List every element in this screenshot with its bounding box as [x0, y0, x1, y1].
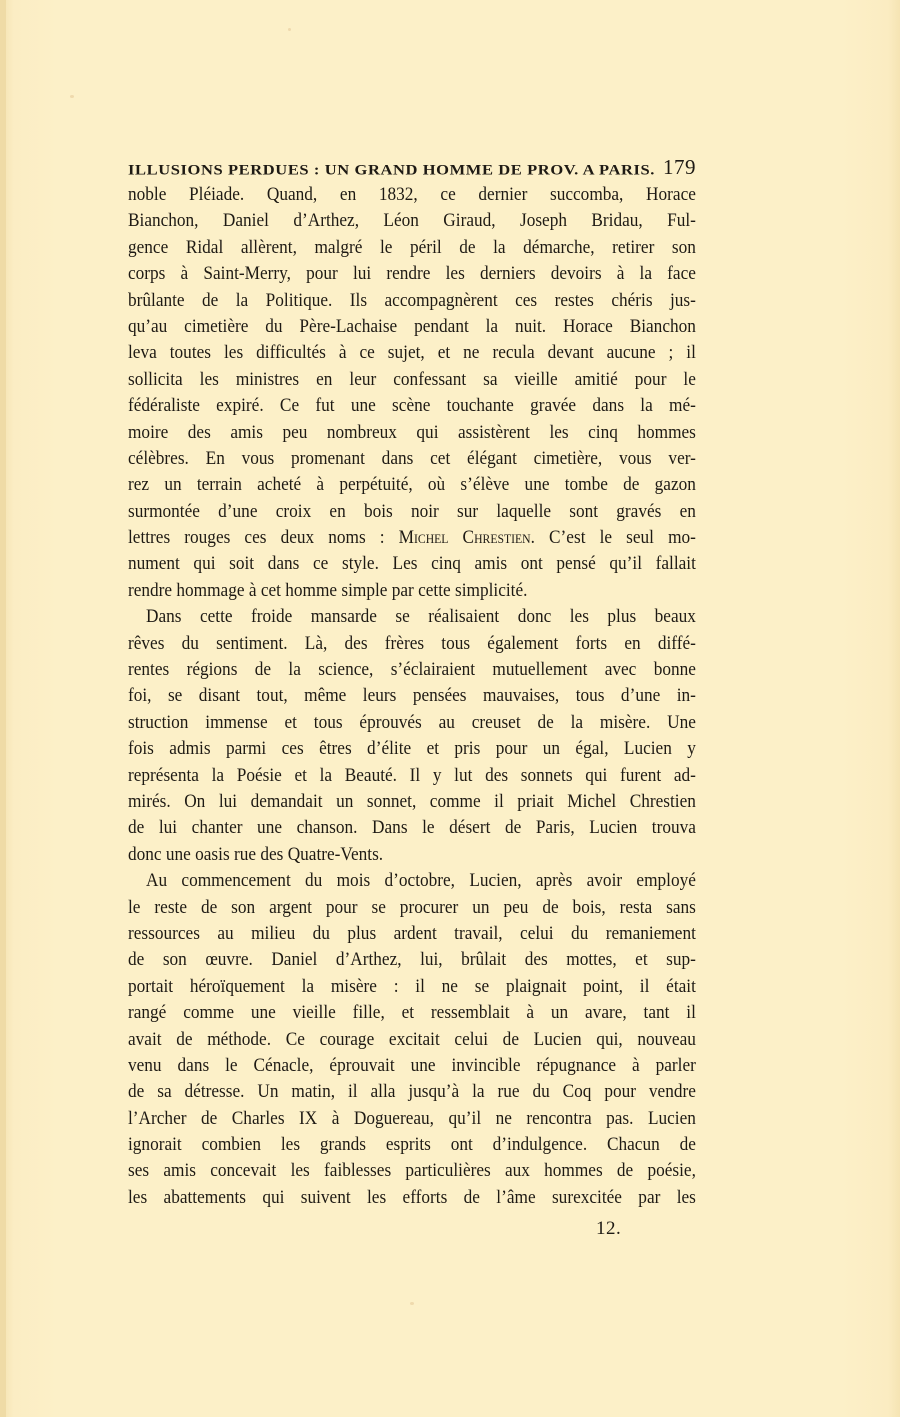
text-line: ignorait combien les grands esprits ont …: [128, 1132, 696, 1158]
small-caps-name: Michel Chrestien.: [399, 527, 535, 548]
text-line: struction immense et tous éprouvés au cr…: [128, 710, 696, 736]
text-line: Bianchon, Daniel d’Arthez, Léon Giraud, …: [128, 208, 696, 234]
text-line: de lui chanter une chanson. Dans le dése…: [128, 815, 696, 841]
text-line: le reste de son argent pour se procurer …: [128, 895, 696, 921]
body-text: noble Pléiade. Quand, en 1832, ce dernie…: [128, 182, 696, 1211]
text-line: de sa détresse. Un matin, il alla jusqu’…: [128, 1079, 696, 1105]
text-line: lettres rouges ces deux noms : Michel Ch…: [128, 525, 696, 551]
text-line: moire des amis peu nombreux qui assistèr…: [128, 420, 696, 446]
page-number: 179: [663, 155, 696, 180]
text-line: avait de méthode. Ce courage excitait ce…: [128, 1027, 696, 1053]
text-line: foi, se disant tout, même leurs pensées …: [128, 683, 696, 709]
paper-speck: [70, 95, 74, 98]
text-line: nument qui soit dans ce style. Les cinq …: [128, 551, 696, 577]
text-line: venu dans le Cénacle, éprouvait une invi…: [128, 1053, 696, 1079]
text-line: fédéraliste expiré. Ce fut une scène tou…: [128, 393, 696, 419]
text-line: rentes régions de la science, s’éclairai…: [128, 657, 696, 683]
text-line: représenta la Poésie et la Beauté. Il y …: [128, 763, 696, 789]
text-line: les abattements qui suivent les efforts …: [128, 1185, 696, 1211]
text-line: Au commencement du mois d’octobre, Lucie…: [128, 868, 696, 894]
text-line: rendre hommage à cet homme simple par ce…: [128, 578, 696, 604]
text-line: sollicita les ministres en leur confessa…: [128, 367, 696, 393]
text-line: de son œuvre. Daniel d’Arthez, lui, brûl…: [128, 947, 696, 973]
text-line: gence Ridal allèrent, malgré le péril de…: [128, 235, 696, 261]
text-line: leva toutes les difficultés à ce sujet, …: [128, 340, 696, 366]
text-line: rez un terrain acheté à perpétuité, où s…: [128, 472, 696, 498]
text-line: rangé comme une vieille fille, et ressem…: [128, 1000, 696, 1026]
text-line: qu’au cimetière du Père-Lachaise pendant…: [128, 314, 696, 340]
running-head: ILLUSIONS PERDUES : UN GRAND HOMME DE PR…: [128, 155, 696, 181]
text-line: ressources au milieu du plus ardent trav…: [128, 921, 696, 947]
text-line: fois admis parmi ces êtres d’élite et pr…: [128, 736, 696, 762]
paper-speck: [288, 28, 291, 31]
text-line: corps à Saint-Merry, pour lui rendre les…: [128, 261, 696, 287]
text-line: l’Archer de Charles IX à Doguereau, qu’i…: [128, 1106, 696, 1132]
text-line: portait héroïquement la misère : il ne s…: [128, 974, 696, 1000]
text-line: noble Pléiade. Quand, en 1832, ce dernie…: [128, 182, 696, 208]
text-line: ses amis concevait les faiblesses partic…: [128, 1158, 696, 1184]
text-line: brûlante de la Politique. Ils accompagnè…: [128, 288, 696, 314]
text-line: célèbres. En vous promenant dans cet élé…: [128, 446, 696, 472]
text-line: rêves du sentiment. Là, des frères tous …: [128, 631, 696, 657]
text-line: surmontée d’une croix en bois noir sur l…: [128, 499, 696, 525]
text-line: donc une oasis rue des Quatre-Vents.: [128, 842, 696, 868]
paper-speck: [410, 1302, 414, 1305]
page-edge-shadow: [0, 0, 6, 1417]
text-line: mirés. On lui demandait un sonnet, comme…: [128, 789, 696, 815]
text-line: Dans cette froide mansarde se réalisaien…: [128, 604, 696, 630]
running-title: ILLUSIONS PERDUES : UN GRAND HOMME DE PR…: [128, 161, 655, 179]
signature-mark: 12.: [596, 1218, 621, 1240]
book-page: ILLUSIONS PERDUES : UN GRAND HOMME DE PR…: [0, 0, 900, 1417]
